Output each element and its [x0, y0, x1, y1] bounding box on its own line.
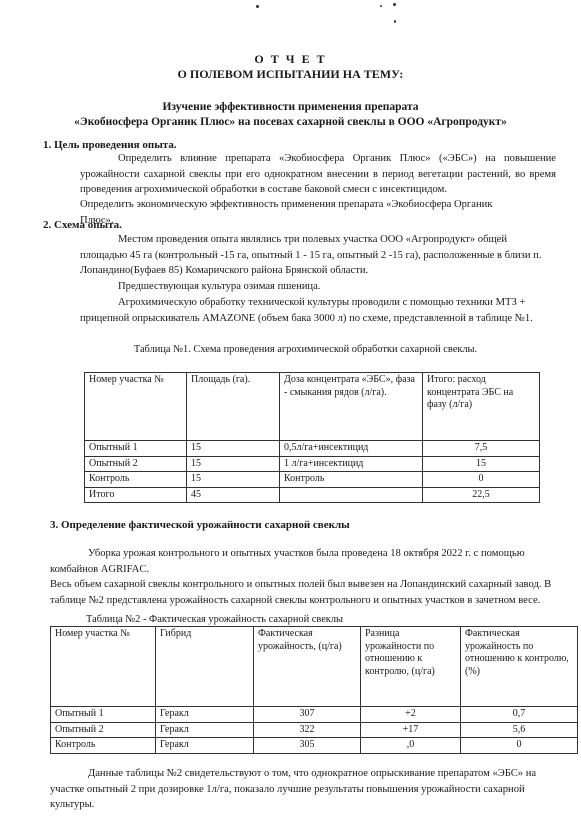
table2-header-cell: Номер участка №	[51, 627, 156, 707]
table-cell: ,0	[361, 738, 461, 754]
table1-caption: Таблица №1. Схема проведения агрохимичес…	[0, 344, 581, 355]
table-cell: 15	[187, 441, 280, 457]
scan-speck	[393, 3, 396, 6]
section3-paragraph-2: Весь объем сахарной свеклы контрольного …	[50, 577, 560, 608]
table-cell: +17	[361, 722, 461, 738]
scan-speck	[256, 5, 259, 8]
report-title: О Т Ч Е Т	[0, 52, 581, 67]
table2-header-cell: Гибрид	[156, 627, 254, 707]
section1-paragraph-1: Определить влияние препарата «Экобиосфер…	[80, 151, 556, 198]
table-row: Опытный 2 Геракл 322 +17 5,6	[51, 722, 578, 738]
table2-header-cell: Фактическая урожайность по отношению к к…	[461, 627, 578, 707]
table-cell: Геракл	[156, 722, 254, 738]
table-cell: 305	[254, 738, 361, 754]
table-cell: 0,7	[461, 707, 578, 723]
table-cell: 5,6	[461, 722, 578, 738]
table-cell: Контроль	[280, 472, 423, 488]
report-subject-line1: Изучение эффективности применения препар…	[0, 101, 581, 113]
table1: Номер участка № Площадь (га). Доза конце…	[84, 372, 540, 503]
table-row: Опытный 1 Геракл 307 +2 0,7	[51, 707, 578, 723]
table-cell: 45	[187, 487, 280, 503]
table2-header-row: Номер участка № Гибрид Фактическая урожа…	[51, 627, 578, 707]
table-cell: Опытный 1	[85, 441, 187, 457]
table-cell: 0,5л/га+инсектицид	[280, 441, 423, 457]
table-cell: Контроль	[51, 738, 156, 754]
table2-caption: Таблица №2 - Фактическая урожайность сах…	[86, 614, 343, 625]
table-cell: 0	[461, 738, 578, 754]
section1-paragraph-2: Определить экономическую эффективность п…	[80, 197, 500, 228]
table2: Номер участка № Гибрид Фактическая урожа…	[50, 626, 578, 754]
table-cell: +2	[361, 707, 461, 723]
section1-heading: 1. Цель проведения опыта.	[43, 139, 177, 151]
table1-header-cell: Номер участка №	[85, 373, 187, 441]
table2-header-cell: Фактическая урожайность, (ц/га)	[254, 627, 361, 707]
table2-header-cell: Разница урожайности по отношению к контр…	[361, 627, 461, 707]
table1-header-cell: Площадь (га).	[187, 373, 280, 441]
table-cell: 322	[254, 722, 361, 738]
section2-paragraph-2: Предшествующая культура озимая пшеница.	[80, 279, 556, 295]
table-row: Итого 45 22,5	[85, 487, 540, 503]
table-cell: 15	[187, 456, 280, 472]
section2-paragraph-3: Агрохимическую обработку технической кул…	[80, 295, 556, 326]
table-cell: 15	[187, 472, 280, 488]
section2-paragraph-1: Местом проведения опыта являлись три пол…	[80, 232, 556, 279]
table-cell: Опытный 2	[51, 722, 156, 738]
table-cell: 307	[254, 707, 361, 723]
table-row: Контроль 15 Контроль 0	[85, 472, 540, 488]
scan-speck	[380, 5, 382, 7]
conclusion-paragraph: Данные таблицы №2 свидетельствуют о том,…	[50, 766, 540, 813]
table-row: Опытный 2 15 1 л/га+инсектицид 15	[85, 456, 540, 472]
scan-speck	[394, 20, 396, 23]
table-row: Контроль Геракл 305 ,0 0	[51, 738, 578, 754]
table-cell: Итого	[85, 487, 187, 503]
section3-heading: 3. Определение фактической урожайности с…	[50, 519, 350, 531]
table-cell: Опытный 1	[51, 707, 156, 723]
table-cell: Геракл	[156, 738, 254, 754]
table-cell: 15	[423, 456, 540, 472]
table-cell: Контроль	[85, 472, 187, 488]
table-row: Опытный 1 15 0,5л/га+инсектицид 7,5	[85, 441, 540, 457]
table-cell: Геракл	[156, 707, 254, 723]
table1-header-cell: Доза концентрата «ЭБС», фаза - смыкания …	[280, 373, 423, 441]
section2-heading: 2. Схема опыта.	[43, 219, 122, 231]
section3-paragraph-1: Уборка урожая контрольного и опытных уча…	[50, 546, 556, 577]
report-subject-line2: «Экобиосфера Органик Плюс» на посевах са…	[0, 116, 581, 128]
table1-header-cell: Итого: расход концентрата ЭБС на фазу (л…	[423, 373, 540, 441]
report-subtitle: О ПОЛЕВОМ ИСПЫТАНИИ НА ТЕМУ:	[0, 67, 581, 82]
table1-header-row: Номер участка № Площадь (га). Доза конце…	[85, 373, 540, 441]
table-cell: 0	[423, 472, 540, 488]
table-cell: 7,5	[423, 441, 540, 457]
table-cell: 22,5	[423, 487, 540, 503]
table-cell: Опытный 2	[85, 456, 187, 472]
table-cell	[280, 487, 423, 503]
table-cell: 1 л/га+инсектицид	[280, 456, 423, 472]
